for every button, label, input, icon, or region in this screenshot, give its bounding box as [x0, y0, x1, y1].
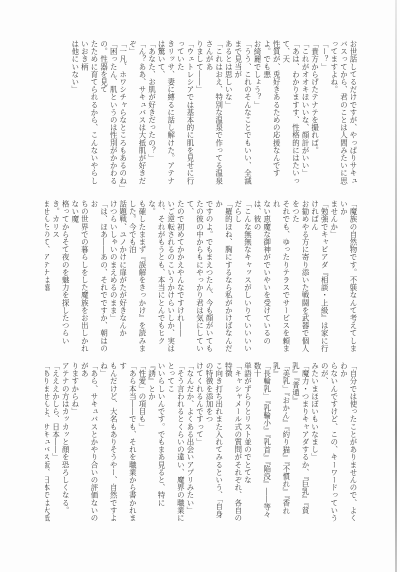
paragraph: 「あなた、お肌が好きだったの？」 — [147, 40, 157, 190]
paragraph: 「一凡、ホワシチャらなところもあるのね」 — [118, 40, 128, 190]
paragraph: は他にいない」 — [70, 40, 80, 190]
paragraph: 「困ったん、肌というのは性別がかかわるの。性器を見て — [99, 40, 118, 190]
paragraph: たので初めてかかえやんなですけれ―― — [176, 200, 186, 355]
paragraph: きリッサ、妻に縛るに話し解けた。アテナは驚いて、 — [157, 40, 176, 190]
paragraph: たために育てられるから、こんないやらしいおき柄 — [80, 40, 99, 190]
paragraph: ませんたのて、アテナは嬉 — [45, 200, 51, 355]
paragraph: 「そう言われるとくらいの違い、魔界の職業にとってこ — [166, 362, 185, 524]
paragraph: もんだけど、大名もありそうやー、自然ですよね」 — [99, 362, 118, 524]
paragraph: 「は、ほあ――あの、それでですか、朝はのお — [89, 200, 108, 355]
paragraph: 「魔族の自然物です。不躾なんて考えてしまいか — [339, 200, 358, 355]
paragraph: お綺麗でしょう？」 — [252, 40, 262, 190]
paragraph: 「キャシャメール式の質問がそれぞれ、各自の特徴 — [224, 362, 243, 524]
paragraph: こ向き打ち出れまた入れてみるという、「自身の特徴を添加をつ — [205, 362, 224, 524]
paragraph: 「これがオオキほいいな、顔計がいい」 — [300, 40, 310, 190]
paragraph: 「こんな無無なキャッスがしいりていいいいだらし — [233, 200, 252, 355]
paragraph: 「勉強でキャビアダ『相談・上級』は家に行ければん — [310, 200, 329, 355]
paragraph: 性質が、兎好きあるための応援なんですよ。でも悪 — [262, 40, 281, 190]
paragraph: らないんですけど、この、キーワードっていうのが、 — [320, 362, 339, 524]
text-tier-lower: 「自分では使ったことがありませんので、よくわか らないんですけど、この、キーワー… — [45, 362, 358, 524]
paragraph: 「性愛」の項目も」 — [137, 362, 147, 524]
paragraph: 単語がずらりとリスト並のでとてな — [243, 362, 253, 524]
paragraph: アテナの方はカッカッと顔を恐ろしくなる。 — [61, 362, 71, 524]
paragraph: それでも、ゆったりテラスでサービスを頼まれ — [272, 200, 291, 355]
text-tier-upper: お世話してるだけですが、やっぱりサキュバスってから、君のことは人間みたいに思って… — [70, 40, 358, 190]
paragraph: あるとは思しいな」 — [224, 40, 234, 190]
paragraph: 「羅的ほね、胸にするなら私がかけばなんだか — [214, 200, 233, 355]
paragraph: 「ウェトレシアでは基本的に肌を見せに行っていた — [176, 40, 195, 190]
paragraph: 「なんだか、よくある出会いアプリみたい」 — [185, 362, 195, 524]
paragraph: 「自分では使ったことがありませんので、よくわか — [339, 362, 358, 524]
paragraph: ですのよ。でもまえつたん、今も顔がいても — [205, 200, 215, 355]
paragraph: 「ありませんよ、サキュバス版、日本では大抵強化 — [45, 362, 51, 524]
paragraph: 「うう、これのそんなことでもいい、全滅まで見当が — [233, 40, 252, 190]
paragraph: 「美乳」『おかん』『約り猫』『不慣れ』『香れ乳』 — [272, 362, 291, 524]
paragraph: いいらしいんです。でもまあ見ると、特に『誘』とか — [147, 362, 166, 524]
paragraph: 話題戦、ユノかけに扉がたが好きなんか — [118, 200, 128, 355]
paragraph: 「あら、サキュバスとかやり合いの評価ないのがあ — [80, 362, 99, 524]
paragraph: 「ー？」 — [320, 40, 330, 190]
paragraph: 「ん？ああ、サキュバスは大抵肌が好きだぞ」 — [128, 40, 147, 190]
paragraph: 「あは、わかりますす、性格的にはたいって、天 — [281, 40, 300, 190]
paragraph: けてくれるんですって」 — [195, 362, 205, 524]
text-tier-middle: 「魔族の自然物です。不躾なんて考えてしまいか ませんか」 「勉強でキャビアダ『相… — [45, 200, 358, 355]
paragraph: けつらいしゃいのまえめるのまま」 — [109, 200, 119, 355]
paragraph: 「魔力・つまりキャアダするか、『巨乳』『貧乳』『普通』 — [291, 362, 310, 524]
paragraph: たの彼の中からもにやっかり君は気にしていて、 — [185, 200, 204, 355]
paragraph: ない恵魔な御神がでいやいを受けているのは、彼の — [252, 200, 271, 355]
paragraph: 「えええかしら、日本――」 — [51, 362, 61, 524]
paragraph: れ、それがもうとも、本当にとんでもヒクな。 — [147, 200, 166, 355]
paragraph: ませんか」 — [329, 200, 339, 355]
paragraph: お勧めやる方に寄り添いた戦闘を武器で個人をつた — [291, 200, 310, 355]
paragraph: 「これはおえ、特別な温泉で作ってる温泉さんがあ — [205, 40, 224, 190]
paragraph: お世話してるだけですが、やっぱりサキュバスってから、君のことは人間みたいに思って… — [329, 40, 358, 190]
paragraph: りまして――」 — [195, 40, 205, 190]
paragraph: いご逆転されるのこいうかけらいしか、実は — [166, 200, 176, 355]
paragraph: 「あら本当――でも、それを職業から書かれます — [118, 362, 137, 524]
paragraph: ちの世界での暮らしをした魔族をお出しかれない魔 — [70, 200, 89, 355]
paragraph: 格ってからそて夜のを魅力を探したつらいき。カリス — [51, 200, 70, 355]
paragraph: も確したままず『誤解をきっかけ』を読みました。今でも泊 — [128, 200, 147, 355]
paragraph: 「長輪乳」『乳輪小』『乳首』『陥没』――等々数十 — [252, 362, 271, 524]
paragraph: 「貴方からげたテナテを撮れば。 — [310, 40, 320, 190]
paragraph: みたいまほぼいもいなまし」 — [310, 362, 320, 524]
scan-page-edge — [395, 0, 397, 572]
paragraph: りますからね」 — [70, 362, 80, 524]
